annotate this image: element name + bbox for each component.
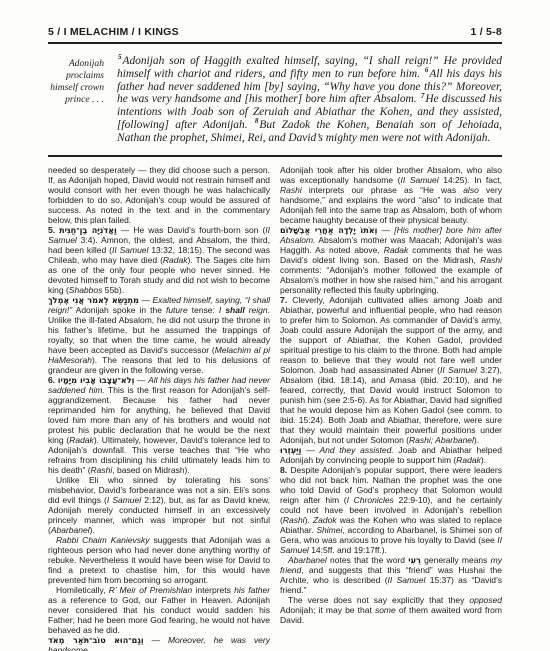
text-run: The verse does not say explicitly that t… [288, 595, 469, 605]
text-run: Abarbanel [51, 525, 90, 535]
text-run: Rashi; Abarbanel [409, 435, 474, 445]
hebrew-phrase: מִתְנַשֵּׂא לֵאמֹר אֲנִי אֶמְלֹךְ [48, 295, 139, 305]
text-run: notes that the word [327, 555, 408, 565]
text-run: — [377, 225, 394, 235]
text-run: II Samuel [388, 575, 426, 585]
commentary-paragraph: Abarbanel notes that the word רֵעִי gene… [280, 555, 502, 595]
commentary-paragraph: וַיַּעְזְרוּ — And they assisted. Joab a… [280, 445, 502, 465]
hebrew-phrase: רֵעִי [408, 555, 421, 565]
commentary-paragraph: וְאֹתוֹ יָלְדָה אַחֲרֵי אַבְשָׁלוֹם — [H… [280, 225, 502, 295]
text-run: — He was David’s fourth-born son ( [117, 225, 265, 235]
text-run: Rashi [480, 255, 502, 265]
text-run: 5. [48, 225, 59, 235]
page-header: 5 / I MELACHIM / I KINGS 1 / 5-8 [48, 26, 502, 38]
text-run: Shimei [316, 525, 342, 535]
commentary-paragraph: וְגַם־הוּא טוֹב־תֹּאַר מְאֹד — Moreover,… [48, 635, 270, 651]
commentary-paragraph: 7. Cleverly, Adonijah cultivated allies … [280, 295, 502, 445]
text-run: Homiletically, [56, 585, 109, 595]
text-run: 8. [280, 465, 290, 475]
text-run: Rashi [91, 465, 113, 475]
hebrew-phrase: וְלֹא־עֲצָבוֹ אָבִיו מִיָּמָיו [58, 375, 135, 385]
header-rule [48, 42, 502, 44]
text-run: And they assisted. [319, 445, 393, 455]
text-run: 7. [280, 295, 292, 305]
text-run: ). [481, 455, 486, 465]
text-run: Radak [384, 245, 409, 255]
hebrew-phrase: וְגַם־הוּא טוֹב־תֹּאַר מְאֹד [48, 635, 144, 645]
text-run: Zadok [313, 515, 337, 525]
hebrew-phrase: וְאֹתוֹ יָלְדָה אַחֲרֵי אַבְשָׁלוֹם [280, 225, 377, 235]
hebrew-phrase: וַאֲדֹנִיָּה בֶן־חַגִּית [59, 225, 117, 235]
text-run: future [166, 305, 188, 315]
text-run: II Samuel [112, 245, 148, 255]
commentary-paragraph: 5. וַאֲדֹנִיָּה בֶן־חַגִּית — He was Dav… [48, 225, 270, 295]
book-page: 5 / I MELACHIM / I KINGS 1 / 5-8 Adonija… [0, 0, 550, 651]
commentary-right-column: Adonijah took after his older brother Ab… [280, 165, 502, 651]
text-run: generally means [421, 555, 491, 565]
text-run: ). [90, 525, 95, 535]
commentary-paragraph: needed so desperately — they did choose … [48, 165, 270, 225]
text-run: comments: “Adonijah’s mother followed th… [280, 265, 502, 295]
text-run: Radak [163, 255, 188, 265]
commentary-paragraph: 6. וְלֹא־עֲצָבוֹ אָבִיו מִיָּמָיו — All … [48, 375, 270, 475]
hebrew-phrase: וַיַּעְזְרוּ [280, 445, 301, 455]
text-run: reign [245, 305, 268, 315]
commentary-paragraph: 8. Despite Adonijah’s popular support, t… [280, 465, 502, 555]
translation-section: Adonijah proclaims himself crown prince … [48, 55, 502, 145]
text-run: tense: [188, 305, 219, 315]
text-run: 14:25). In fact, [439, 175, 502, 185]
text-run: — [134, 375, 148, 385]
text-run: Adonijah spoke in the [72, 305, 166, 315]
text-run: — [144, 635, 168, 645]
text-run: Adonijah; it may be that [280, 605, 375, 615]
commentary-paragraph: Rabbi Chaim Kanievsky suggests that Adon… [48, 535, 270, 585]
text-run: shall [225, 305, 244, 315]
translation-text: 5Adonijah son of Haggith exalted himself… [117, 55, 502, 145]
commentary-section: needed so desperately — they did choose … [48, 165, 502, 651]
margin-note: Adonijah proclaims himself crown prince … [48, 55, 104, 145]
text-run: , based on Midrash). [112, 465, 189, 475]
commentary-left-column: needed so desperately — they did choose … [48, 165, 270, 651]
text-run: Shabbos [69, 285, 103, 295]
text-run: needed so desperately — they did choose … [48, 165, 270, 225]
text-run: I Chronicles [347, 495, 394, 505]
text-run: some [375, 605, 396, 615]
text-run: Rashi [283, 515, 305, 525]
text-run: Cleverly, Adonijah cultivated allies amo… [280, 295, 502, 375]
commentary-paragraph: Adonijah took after his older brother Ab… [280, 165, 502, 225]
text-run: — [139, 295, 153, 305]
text-run: 55b). [102, 285, 124, 295]
commentary-paragraph: Homiletically, R’ Meir of Premishlan int… [48, 585, 270, 635]
text-run: his father [234, 585, 270, 595]
text-run: ). [474, 435, 479, 445]
text-run: 14:5ff. and 19:17ff.). [309, 545, 387, 555]
text-run: Abarbanel [288, 555, 327, 565]
text-run: 3:27), Absalom (ibid. 18:14), and Amasa … [280, 365, 502, 445]
text-run: opposed [469, 595, 502, 605]
text-run: II Samuel [440, 365, 477, 375]
commentary-paragraph: The verse does not say explicitly that t… [280, 595, 502, 625]
text-run: II Samuel [401, 175, 439, 185]
text-run: Radak [69, 435, 94, 445]
commentary-paragraph: מִתְנַשֵּׂא לֵאמֹר אֲנִי אֶמְלֹךְ — Exal… [48, 295, 270, 375]
text-run: Rabbi Chaim Kanievsky [56, 535, 149, 545]
text-run: — [301, 445, 319, 455]
header-chapter-verse-ref: 1 / 5-8 [470, 26, 502, 38]
text-run: ). [305, 515, 313, 525]
text-run: as a reference to God, our Father in Hea… [48, 595, 270, 635]
header-book-title: 5 / I MELACHIM / I KINGS [48, 26, 179, 38]
text-run: Rashi [280, 185, 302, 195]
text-run: interprets [192, 585, 234, 595]
text-run: R’ Meir of Premishlan [109, 585, 192, 595]
commentary-paragraph: Unlike Eli who sinned by tolerating his … [48, 475, 270, 535]
section-divider-rule [48, 155, 502, 157]
text-run: also [463, 185, 479, 195]
text-run: interprets our phrase as “He was [302, 185, 463, 195]
text-run: Radak [456, 455, 481, 465]
text-run: I Samuel [107, 495, 141, 505]
text-run: 6. [48, 375, 58, 385]
